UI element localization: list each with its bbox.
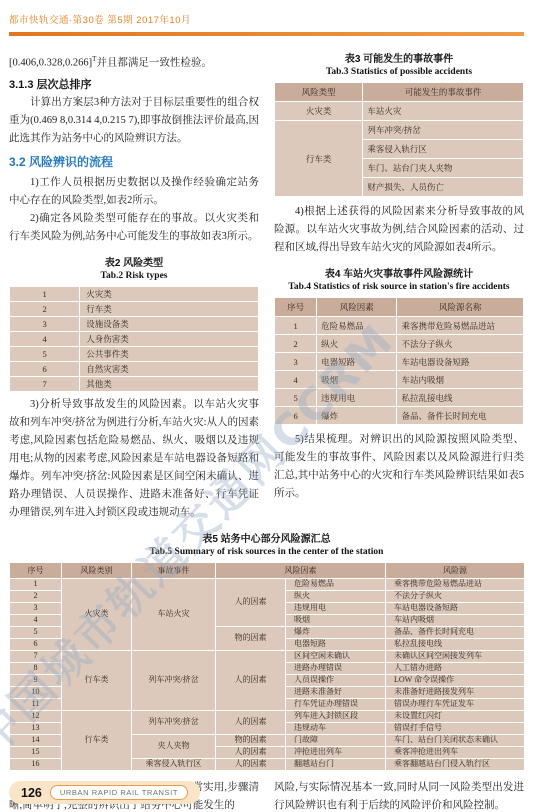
data-table: 风险类型可能发生的事故事件火灾类车站火灾行车类列车冲突/挤岔乘客侵入轨行区车门、… [274,82,524,197]
table-cell: 行车类 [62,650,132,710]
table-cell: 7 [10,650,62,662]
table-cell: 进路办理错误 [286,662,386,674]
table-cell: 车站电器设备短路 [397,353,524,371]
table-cell: 人的因素 [216,650,286,710]
table-cell: 翻越站台门 [286,758,386,770]
table-cell: 8 [10,662,62,674]
table-cell: 4 [275,371,317,389]
table-cell: 1 [275,317,317,335]
table-cell: 不法分子纵火 [386,590,525,602]
table-cell: 6 [10,638,62,650]
paragraph-313: 计算出方案层3种方法对于目标层重要性的组合权重为(0.469 8,0.314 4… [9,94,259,148]
table-header-row: 序号风险因素风险源名称 [275,298,524,317]
table-row: 1火灾类 [10,286,259,301]
table-cell: 违规动车 [286,722,386,734]
table-cell: 11 [10,698,62,710]
journal-footer-badge: URBAN RAPID RAIL TRANSIT [50,785,188,800]
table-header-cell: 风险源 [386,562,525,578]
table-cell: 14 [10,734,62,746]
table-cell: 乘客侵入轨行区 [363,140,524,159]
data-table: 1火灾类2行车类3设施设备类4人身伤害类5公共事件类6自然灾害类7其他类 [9,286,259,392]
table-cell: 门故障 [286,734,386,746]
table4-caption-cn: 表4 车站火灾事故事件风险源统计 [274,265,524,280]
table-cell: LOW 命令误操作 [386,674,525,686]
table-header-row: 风险类型可能发生的事故事件 [275,83,524,102]
table-cell: 行车类 [62,710,132,770]
table-cell: 乘客侵入轨行区 [132,758,216,770]
table-row: 6爆炸备品、备件长时间充电 [275,407,524,425]
table-header-row: 序号风险类别事故事件风险因素风险源 [10,562,525,578]
journal-page: 中国城市轨道交通网CCRM 都市快轨交通·第30卷 第5期 2017年10月 [… [0,0,533,812]
table-cell: 列车冲突/挤岔 [132,650,216,710]
table-cell: 行车类 [275,121,363,197]
table-cell: 人的因素 [216,746,286,758]
right-column: 表3 可能发生的事故事件 Tab.3 Statistics of possibl… [274,50,524,522]
table-cell: 火灾类 [80,286,259,301]
table-row: 5违规用电私拉乱接电线 [275,389,524,407]
table-cell: 纵火 [317,335,397,353]
page-number: 126 [21,786,42,800]
table-cell: 车门、站台门关闭状态未确认 [386,734,525,746]
table-cell: 私拉乱接电线 [386,638,525,650]
table-cell: 列车冲突/挤岔 [132,710,216,734]
table-cell: 列车进入封锁区段 [286,710,386,722]
table-cell: 私拉乱接电线 [397,389,524,407]
table-cell: 7 [10,376,80,391]
table-row: 3电器短路车站电器设备短路 [275,353,524,371]
table-cell: 火灾类 [275,102,363,121]
table-cell: 车站火灾 [132,578,216,650]
table-cell: 乘客冲抢进出列车 [386,746,525,758]
table3-caption-en: Tab.3 Statistics of possible accidents [274,67,524,77]
table-cell: 不法分子纵火 [397,335,524,353]
table-cell: 4 [10,331,80,346]
section-heading-313: 3.1.3 层次总排序 [9,76,259,92]
table-cell: 电器短路 [317,353,397,371]
table-possible-accidents: 风险类型可能发生的事故事件火灾类车站火灾行车类列车冲突/挤岔乘客侵入轨行区车门、… [274,82,524,197]
closing-paragraph-right: 风险,与实际情况基本一致,同时从同一风险类型出发进行风险辨识也有利于后续的风险评… [274,779,524,812]
table-header-cell: 风险源名称 [397,298,524,317]
table-row: 5公共事件类 [10,346,259,361]
table-header-cell: 可能发生的事故事件 [363,83,524,102]
header-rule [9,32,524,36]
table-row: 2纵火不法分子纵火 [275,335,524,353]
table-cell: 错误办理行车凭证发车 [386,698,525,710]
table-cell: 3 [10,602,62,614]
table-row: 6自然灾害类 [10,361,259,376]
table-cell: 进路未准备好 [286,686,386,698]
table2-caption-en: Tab.2 Risk types [9,271,259,281]
table-cell: 5 [10,626,62,638]
table-cell: 乘客携带危险易燃品进站 [386,578,525,590]
table-row: 7其他类 [10,376,259,391]
table-cell: 人的因素 [216,758,286,770]
table-row: 2行车类 [10,301,259,316]
paragraph-step4: 4)根据上述获得的风险因素来分析导致事故的风险源。以车站火灾事故为例,结合风险因… [274,203,524,257]
data-table: 序号风险因素风险源名称1危险易燃品乘客携带危险易燃品进站2纵火不法分子纵火3电器… [274,297,524,425]
table-header-cell: 序号 [10,562,62,578]
table-cell: 3 [10,316,80,331]
table-cell: 人员误操作 [286,674,386,686]
table2-caption-cn: 表2 风险类型 [9,254,259,269]
table4-caption-en: Tab.4 Statistics of risk source in stati… [274,282,524,292]
table-cell: 列车冲突/挤岔 [363,121,524,140]
paragraph-step1: 1)工作人员根据历史数据以及操作经验确定站务中心存在的风险类型,如表2所示。 [9,174,259,210]
table-cell: 5 [10,346,80,361]
table-cell: 2 [275,335,317,353]
table5-caption-en: Tab.5 Summary of risk sources in the cen… [9,547,524,557]
table-cell: 6 [275,407,317,425]
table-header-cell: 风险因素 [317,298,397,317]
table-cell: 15 [10,746,62,758]
table-cell: 乘客携带危险易燃品进站 [397,317,524,335]
table-cell: 4 [10,614,62,626]
journal-header: 都市快轨交通·第30卷 第5期 2017年10月 [9,6,524,32]
table-cell: 物的因素 [216,734,286,746]
table-cell: 人身伤害类 [80,331,259,346]
paragraph-continuation: [0.406,0.328,0.266]T并且都满足一致性检验。 [9,50,259,73]
section-heading-32: 3.2 风险辨识的流程 [9,153,259,170]
two-column-body: [0.406,0.328,0.266]T并且都满足一致性检验。 3.1.3 层次… [9,50,524,522]
table-header-cell: 风险类别 [62,562,132,578]
table-cell: 公共事件类 [80,346,259,361]
table-cell: 2 [10,590,62,602]
table-cell: 车站内吸烟 [397,371,524,389]
table-cell: 吸烟 [286,614,386,626]
table-row: 3设施设备类 [10,316,259,331]
table-cell: 物的因素 [216,626,286,650]
table-cell: 冲抢进出列车 [286,746,386,758]
table-row: 4人身伤害类 [10,331,259,346]
table-row: 火灾类车站火灾 [275,102,524,121]
table-cell: 违规用电 [286,602,386,614]
table-row: 1危险易燃品乘客携带危险易燃品进站 [275,317,524,335]
table-cell: 13 [10,722,62,734]
table-risk-types: 1火灾类2行车类3设施设备类4人身伤害类5公共事件类6自然灾害类7其他类 [9,286,259,392]
table-cell: 1 [10,286,80,301]
table-cell: 未设置红闪灯 [386,710,525,722]
table-cell: 16 [10,758,62,770]
table-cell: 危险易燃品 [286,578,386,590]
table-row: 7行车类列车冲突/挤岔人的因素区间空闲未确认未确认区间空闲接发列车 [10,650,525,662]
paragraph-step5: 5)结果梳理。对辨识出的风险源按照风险类型、可能发生的事故事件、风险因素以及风险… [274,431,524,503]
table-cell: 自然灾害类 [80,361,259,376]
table-cell: 火灾类 [62,578,132,650]
table-cell: 未准备好进路接发列车 [386,686,525,698]
table-cell: 爆炸 [317,407,397,425]
table-cell: 纵火 [286,590,386,602]
table-row: 1火灾类车站火灾人的因素危险易燃品乘客携带危险易燃品进站 [10,578,525,590]
table-row: 4吸烟车站内吸烟 [275,371,524,389]
table-header-cell: 风险因素 [216,562,386,578]
table-cell: 车站内吸烟 [386,614,525,626]
table-cell: 5 [275,389,317,407]
table-header-cell: 风险类型 [275,83,363,102]
footer-bar: 126 URBAN RAPID RAIL TRANSIT [9,781,200,804]
paragraph-step3: 3)分析导致事故发生的风险因素。以车站火灾事故和列车冲突/挤岔为例进行分析,车站… [9,396,259,522]
table-row: 行车类列车冲突/挤岔 [275,121,524,140]
table-cell: 12 [10,710,62,722]
table-cell: 备品、备件长时间充电 [397,407,524,425]
table-row: 12行车类列车冲突/挤岔人的因素列车进入封锁区段未设置红闪灯 [10,710,525,722]
table-cell: 危险易燃品 [317,317,397,335]
table-cell: 10 [10,686,62,698]
table-cell: 3 [275,353,317,371]
table-cell: 其他类 [80,376,259,391]
table-cell: 夹人夹物 [132,734,216,758]
table-risk-sources-summary: 序号风险类别事故事件风险因素风险源1火灾类车站火灾人的因素危险易燃品乘客携带危险… [9,562,524,771]
table-cell: 车门、站台门夹人夹物 [363,159,524,178]
data-table: 序号风险类别事故事件风险因素风险源1火灾类车站火灾人的因素危险易燃品乘客携带危险… [9,562,525,771]
table-cell: 电器短路 [286,638,386,650]
table3-caption-cn: 表3 可能发生的事故事件 [274,50,524,65]
table-cell: 财产损失、人员伤亡 [363,178,524,197]
table-cell: 设施设备类 [80,316,259,331]
table-fire-risk-sources: 序号风险因素风险源名称1危险易燃品乘客携带危险易燃品进站2纵火不法分子纵火3电器… [274,297,524,425]
table-header-cell: 事故事件 [132,562,216,578]
table-cell: 吸烟 [317,371,397,389]
page-footer: 126 URBAN RAPID RAIL TRANSIT [9,781,200,804]
table-cell: 爆炸 [286,626,386,638]
table-cell: 2 [10,301,80,316]
table-cell: 行车类 [80,301,259,316]
table-cell: 1 [10,578,62,590]
table-cell: 车站电器设备短路 [386,602,525,614]
table-cell: 人工错办进路 [386,662,525,674]
table-cell: 违规用电 [317,389,397,407]
table-cell: 错误打手信号 [386,722,525,734]
matrix-values: [0.406,0.328,0.266] [9,58,92,69]
paragraph-continuation-text: 并且都满足一致性检验。 [96,58,212,69]
left-column: [0.406,0.328,0.266]T并且都满足一致性检验。 3.1.3 层次… [9,50,259,522]
table5-caption-cn: 表5 站务中心部分风险源汇总 [9,530,524,545]
table-header-cell: 序号 [275,298,317,317]
table-cell: 9 [10,674,62,686]
table-cell: 区间空闲未确认 [286,650,386,662]
table-cell: 行车凭证办理错误 [286,698,386,710]
table-cell: 人的因素 [216,578,286,626]
table-cell: 人的因素 [216,710,286,734]
paragraph-step2: 2)确定各风险类型可能存在的事故。以火灾类和行车类风险为例,站务中心可能发生的事… [9,210,259,246]
table-cell: 未确认区间空闲接发列车 [386,650,525,662]
table-cell: 车站火灾 [363,102,524,121]
table-cell: 6 [10,361,80,376]
table-cell: 乘客翻越站台门侵入轨行区 [386,758,525,770]
table-cell: 备品、备件长时间充电 [386,626,525,638]
